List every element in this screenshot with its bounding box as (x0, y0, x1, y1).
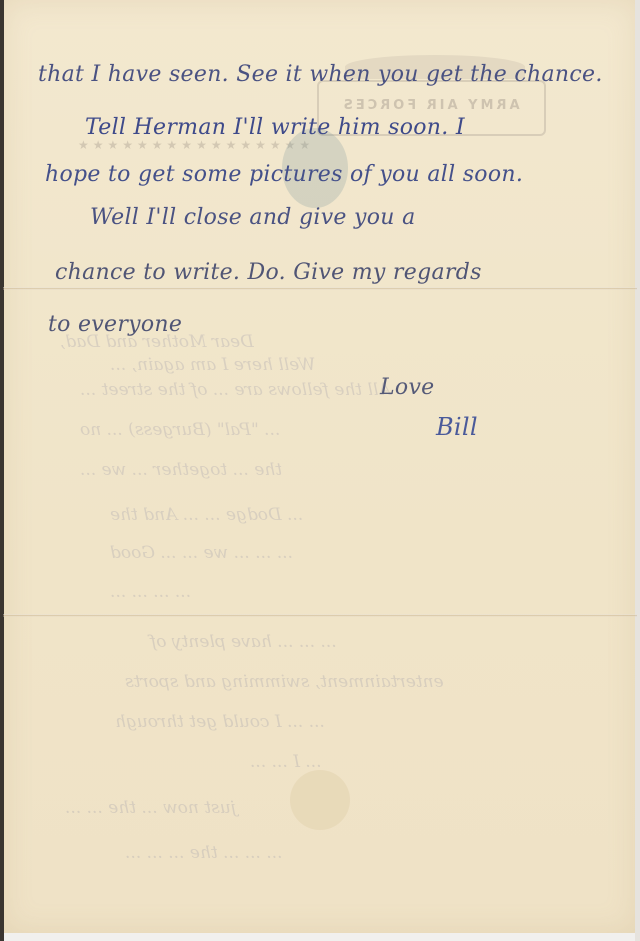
letter-line: to everyone (48, 312, 182, 337)
fold-line (3, 614, 637, 617)
fold-line (3, 287, 637, 290)
show-through-line: the ... together ... we ... (80, 460, 282, 480)
letter-line: hope to get some pictures of you all soo… (45, 162, 523, 187)
letter-closing: Love (380, 375, 435, 400)
letter-line: that I have seen. See it when you get th… (38, 62, 603, 87)
paper-stain (290, 770, 350, 830)
letterhead-text: ARMY AIR FORCES (335, 98, 525, 113)
show-through-line: ... ... ... we ... ... Good (110, 543, 293, 563)
letter-line: Well I'll close and give you a (90, 205, 416, 230)
scan-right-edge (635, 0, 640, 941)
show-through-line: ... ... I could get through (115, 712, 325, 732)
show-through-line: ... Dodge ... ... And the (110, 505, 303, 525)
show-through-line: Well here I am again, ... (110, 355, 315, 375)
letterhead-stars: ★★★★★★★★★★★★★★★★ (78, 138, 314, 152)
letter-line: Tell Herman I'll write him soon. I (85, 115, 465, 140)
show-through-line: ... "Pal" (Burgess) ... no (80, 420, 280, 440)
show-through-line: just now ... the ... ... (65, 798, 236, 818)
show-through-line: entertainment, swimming and sports (125, 672, 444, 692)
letter-line: chance to write. Do. Give my regards (55, 260, 482, 285)
show-through-line: ... ... ... ... (110, 582, 191, 602)
show-through-line: ... ... ... have plenty of (150, 632, 337, 652)
scan-left-edge (0, 0, 4, 941)
show-through-line: ... I ... ... (250, 752, 322, 772)
show-through-line: ... ... ... the ... ... ... (125, 843, 283, 863)
show-through-line: All the fellows are ... of the street ..… (80, 380, 391, 400)
letter-signature: Bill (436, 413, 478, 441)
